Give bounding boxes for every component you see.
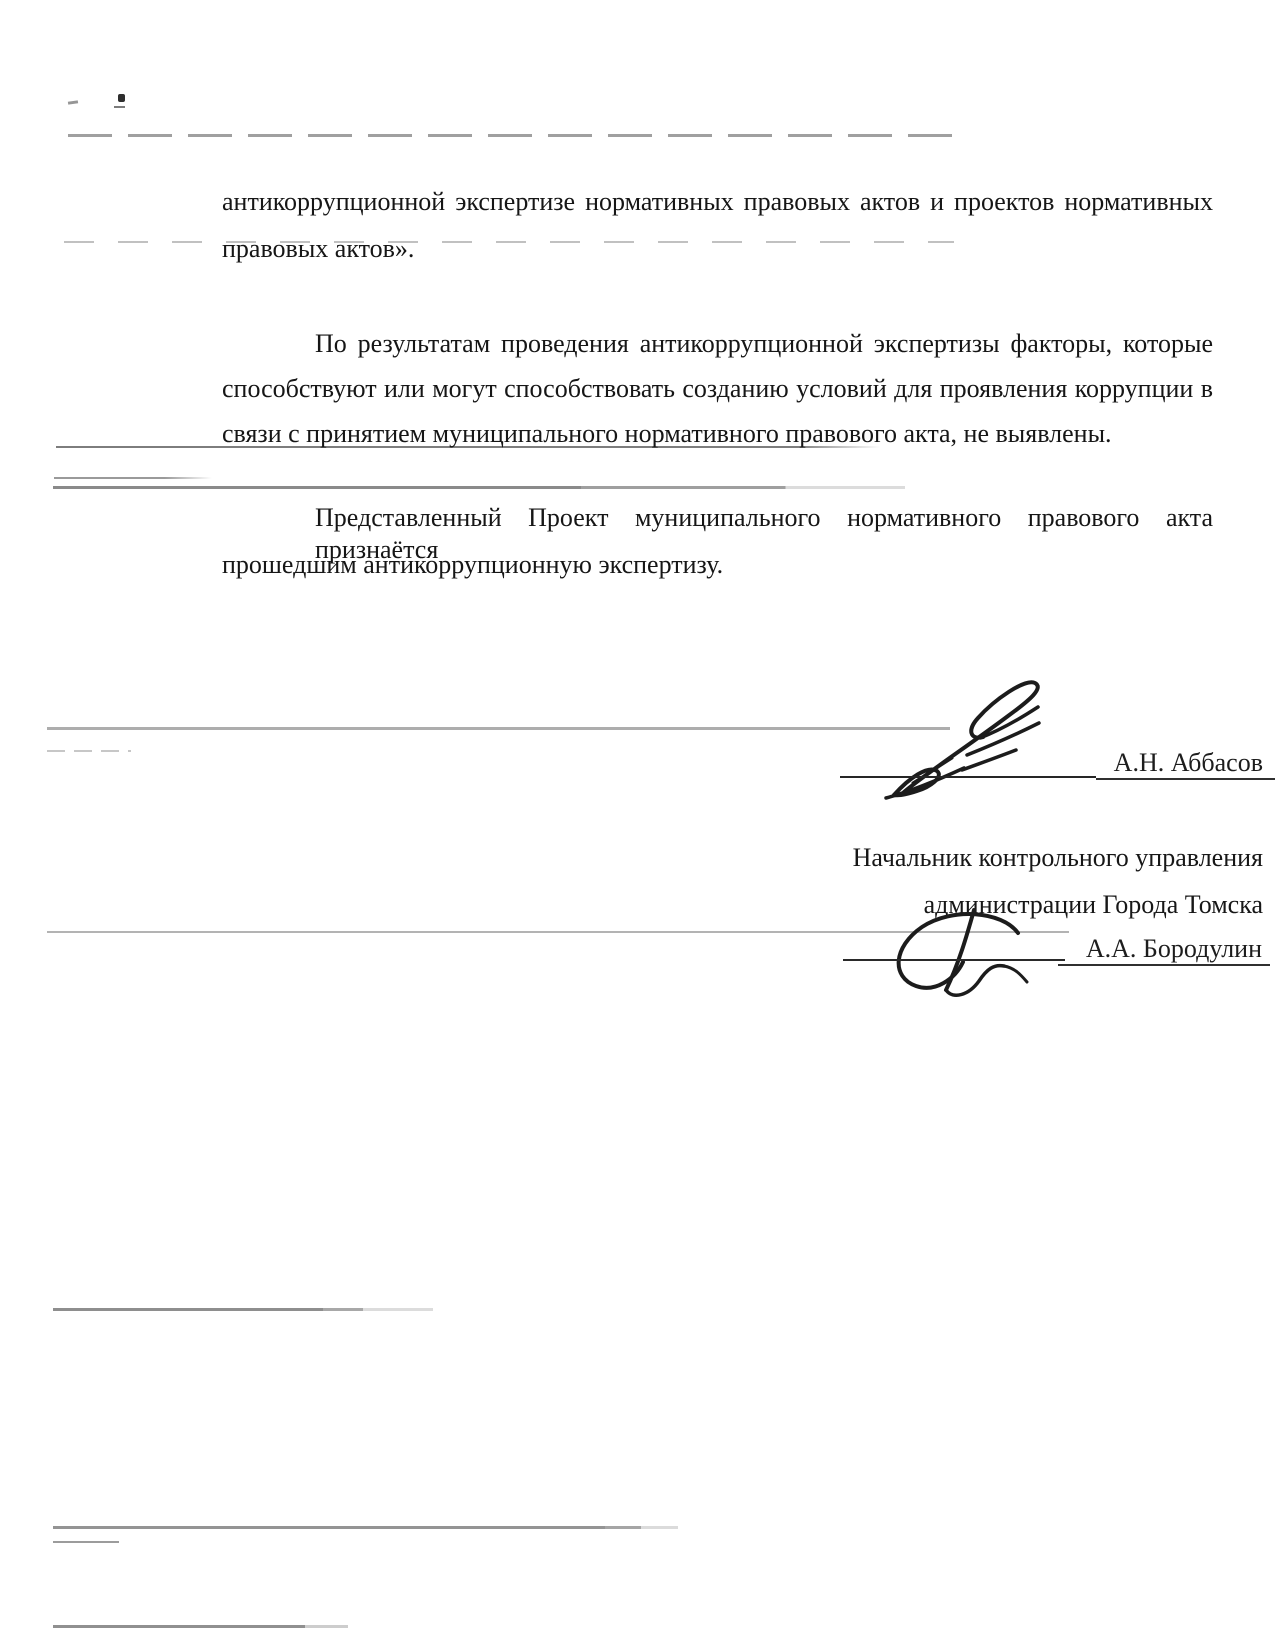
scan-artifact-line [53, 1625, 348, 1628]
official-title-text: Начальник контрольного управления [853, 843, 1263, 872]
scanned-document-page: антикоррупционной экспертизе нормативных… [0, 0, 1275, 1650]
signatory-name: А.Н. Аббасов [1096, 748, 1275, 780]
scan-artifact-line [53, 486, 905, 489]
scan-speck [114, 106, 125, 108]
abbasov-signature-autograph [866, 650, 1056, 800]
paragraph-line: способствуют или могут способствовать со… [222, 373, 1213, 409]
scan-artifact-line [68, 134, 956, 137]
paragraph-line: По результатам проведения антикоррупцион… [222, 328, 1213, 364]
paragraph-line: Представленный Проект муниципального нор… [222, 502, 1213, 538]
paragraph-line: правовых актов». [222, 233, 1213, 269]
paragraph-line: антикоррупционной экспертизе нормативных… [222, 186, 1213, 222]
scan-artifact-line [54, 477, 212, 479]
scan-artifact-line [47, 750, 131, 752]
signatory-name: А.А. Бородулин [1058, 934, 1270, 966]
paragraph-line: прошедшим антикоррупционную экспертизу. [222, 549, 1213, 585]
borodulin-signature-autograph [868, 905, 1048, 1010]
scan-speck [68, 100, 78, 104]
paragraph-line: связи с принятием муниципального нормати… [222, 418, 1213, 454]
signatory-name-text: А.А. Бородулин [1086, 934, 1262, 963]
scan-artifact-line [53, 1541, 119, 1543]
signatory-name-text: А.Н. Аббасов [1114, 748, 1263, 777]
scan-artifact-line [53, 1308, 433, 1311]
scan-speck [118, 94, 125, 102]
official-title-line: Начальник контрольного управления [700, 843, 1263, 873]
scan-artifact-line [47, 727, 950, 730]
scan-artifact-line [53, 1526, 678, 1529]
